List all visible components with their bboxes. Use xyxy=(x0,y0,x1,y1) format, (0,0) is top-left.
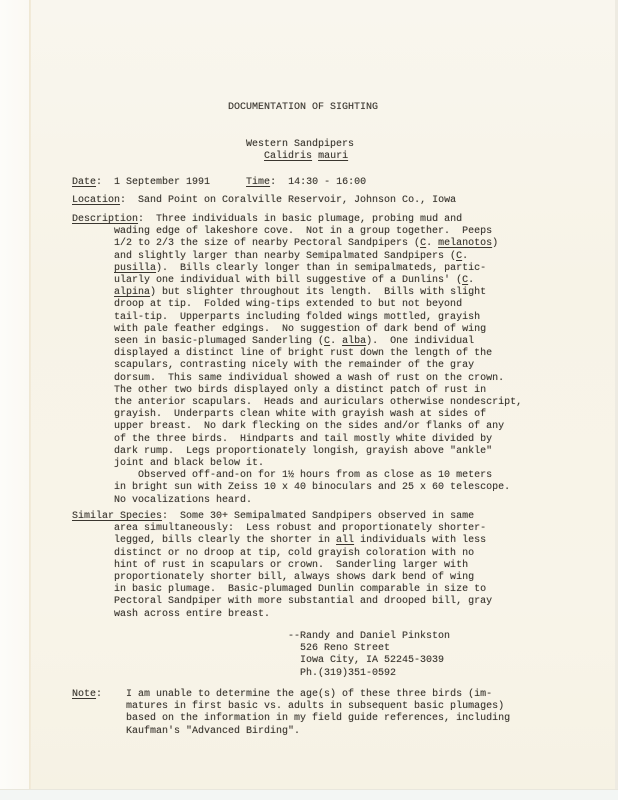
text-segment: proportionately shorter bill, always sho… xyxy=(72,572,474,583)
text-segment: Observed off-and-on for 1½ hours from as… xyxy=(72,470,492,481)
doc-line: --Randy and Daniel Pinkston xyxy=(72,631,450,643)
text-segment: with pale feather edgings. No suggestion… xyxy=(72,324,486,335)
doc-line: pusilla). Bills clearly longer than in s… xyxy=(72,263,522,275)
text-segment: : Sand Point on Coralville Reservoir, Jo… xyxy=(120,195,456,206)
text-segment: No vocalizations heard. xyxy=(72,495,252,506)
doc-section-description: Description: Three individuals in basic … xyxy=(72,214,522,507)
doc-line: Location: Sand Point on Coralville Reser… xyxy=(72,195,456,207)
doc-line: scapulars, contrasting nicely with the r… xyxy=(72,360,522,372)
doc-line: tail-tip. Upperparts including folded wi… xyxy=(72,312,522,324)
doc-subtitle-species: Western Sandpipers Calidris mauri xyxy=(72,139,354,163)
text-segment: : 1 September 1991 xyxy=(96,177,246,188)
text-segment: matures in first basic vs. adults in sub… xyxy=(72,701,504,712)
text-segment: droop at tip. Folded wing-tips extended … xyxy=(72,299,462,310)
doc-line: Kaufman's "Advanced Birding". xyxy=(72,726,510,738)
doc-line: Iowa City, IA 52245-3039 xyxy=(72,655,450,667)
text-segment: The other two birds displayed only a dis… xyxy=(72,385,486,396)
text-segment xyxy=(72,263,114,274)
doc-line: grayish. Underparts clean white with gra… xyxy=(72,409,522,421)
underlined-text: alpina xyxy=(114,287,150,298)
text-segment: area simultaneously: Less robust and pro… xyxy=(72,523,486,534)
text-segment xyxy=(72,287,114,298)
doc-line: Description: Three individuals in basic … xyxy=(72,214,522,226)
underlined-text: pusilla xyxy=(114,263,156,274)
text-segment: of the three birds. Hindparts and tail m… xyxy=(72,434,492,445)
text-segment: ularly one individual with bill suggesti… xyxy=(72,275,462,286)
doc-line: proportionately shorter bill, always sho… xyxy=(72,572,492,584)
doc-line: dark rump. Legs proportionately longish,… xyxy=(72,446,522,458)
underlined-text: all xyxy=(336,535,354,546)
doc-line: of the three birds. Hindparts and tail m… xyxy=(72,434,522,446)
text-segment: ). Bills clearly longer than in semipalm… xyxy=(156,263,486,274)
doc-line: seen in basic-plumaged Sanderling (C. al… xyxy=(72,336,522,348)
doc-line: ularly one individual with bill suggesti… xyxy=(72,275,522,287)
doc-line: 1/2 to 2/3 the size of nearby Pectoral S… xyxy=(72,238,522,250)
doc-line: Date: 1 September 1991 Time: 14:30 - 16:… xyxy=(72,177,366,189)
text-segment: scapulars, contrasting nicely with the r… xyxy=(72,360,474,371)
doc-line: in basic plumage. Basic-plumaged Dunlin … xyxy=(72,584,492,596)
doc-line: dorsum. This same individual showed a wa… xyxy=(72,373,522,385)
text-segment: joint and black below it. xyxy=(72,458,264,469)
text-segment: hint of rust in scapulars or crown. Sand… xyxy=(72,560,468,571)
doc-line: area simultaneously: Less robust and pro… xyxy=(72,523,492,535)
text-segment: distinct or no droop at tip, cold grayis… xyxy=(72,548,474,559)
doc-line: droop at tip. Folded wing-tips extended … xyxy=(72,299,522,311)
text-segment: . xyxy=(426,238,438,249)
text-segment: 1/2 to 2/3 the size of nearby Pectoral S… xyxy=(72,238,420,249)
text-segment: ) but slighter throughout its length. Bi… xyxy=(150,287,486,298)
underlined-text: Description xyxy=(72,214,138,225)
doc-location-line: Location: Sand Point on Coralville Reser… xyxy=(72,195,456,207)
text-segment: ). One individual xyxy=(366,336,474,347)
text-segment: Iowa City, IA 52245-3039 xyxy=(72,655,444,666)
doc-line: with pale feather edgings. No suggestion… xyxy=(72,324,522,336)
doc-line: Observed off-and-on for 1½ hours from as… xyxy=(72,470,522,482)
doc-line: joint and black below it. xyxy=(72,458,522,470)
doc-line: Pectoral Sandpiper with more substantial… xyxy=(72,596,492,608)
underlined-text: Similar Species xyxy=(72,511,162,522)
underlined-text: Calidris xyxy=(264,151,312,162)
paper-crease-line xyxy=(29,0,31,800)
text-segment: Western Sandpipers xyxy=(72,139,354,150)
doc-line: Western Sandpipers xyxy=(72,139,354,151)
text-segment xyxy=(72,151,264,162)
doc-signature-block: --Randy and Daniel Pinkston 526 Reno Str… xyxy=(72,631,450,680)
doc-line: Note: I am unable to determine the age(s… xyxy=(72,689,510,701)
text-segment: the anterior scapulars. Heads and auricu… xyxy=(72,397,522,408)
text-segment: legged, bills clearly the shorter in xyxy=(72,535,336,546)
text-segment: grayish. Underparts clean white with gra… xyxy=(72,409,486,420)
doc-line: wading edge of lakeshore cove. Not in a … xyxy=(72,226,522,238)
paper-left-edge xyxy=(0,0,29,800)
underlined-text: mauri xyxy=(318,151,348,162)
underlined-text: Note xyxy=(72,689,96,700)
underlined-text: Location xyxy=(72,195,120,206)
text-segment: dorsum. This same individual showed a wa… xyxy=(72,373,504,384)
doc-line: DOCUMENTATION OF SIGHTING xyxy=(72,102,378,114)
text-segment: DOCUMENTATION OF SIGHTING xyxy=(72,102,378,113)
underlined-text: Time xyxy=(246,177,270,188)
doc-line: 526 Reno Street xyxy=(72,643,450,655)
text-segment: : Three individuals in basic plumage, pr… xyxy=(138,214,462,225)
text-segment: upper breast. No dark flecking on the si… xyxy=(72,421,504,432)
text-segment: wash across entire breast. xyxy=(72,609,270,620)
doc-line: the anterior scapulars. Heads and auricu… xyxy=(72,397,522,409)
underlined-text: alba xyxy=(342,336,366,347)
text-segment: ) xyxy=(492,238,498,249)
text-segment: . xyxy=(330,336,342,347)
text-segment: dark rump. Legs proportionately longish,… xyxy=(72,446,492,457)
scanned-document-page: DOCUMENTATION OF SIGHTING Western Sandpi… xyxy=(0,0,618,800)
doc-title: DOCUMENTATION OF SIGHTING xyxy=(72,102,378,114)
text-segment: . xyxy=(468,275,474,286)
text-segment: Ph.(319)351-0592 xyxy=(72,668,396,679)
text-segment: : Some 30+ Semipalmated Sandpipers obser… xyxy=(162,511,474,522)
doc-date-time-line: Date: 1 September 1991 Time: 14:30 - 16:… xyxy=(72,177,366,189)
doc-line: hint of rust in scapulars or crown. Sand… xyxy=(72,560,492,572)
doc-section-note: Note: I am unable to determine the age(s… xyxy=(72,689,510,738)
underlined-text: melanotos xyxy=(438,238,492,249)
text-segment: individuals with less xyxy=(354,535,486,546)
doc-line: Calidris mauri xyxy=(72,151,354,163)
text-segment: Kaufman's "Advanced Birding". xyxy=(72,726,300,737)
underlined-text: Date xyxy=(72,177,96,188)
text-segment: in bright sun with Zeiss 10 x 40 binocul… xyxy=(72,482,510,493)
text-segment: and slightly larger than nearby Semipalm… xyxy=(72,251,456,262)
doc-line: No vocalizations heard. xyxy=(72,495,522,507)
text-segment: : 14:30 - 16:00 xyxy=(270,177,366,188)
text-segment: wading edge of lakeshore cove. Not in a … xyxy=(72,226,492,237)
text-segment: displayed a distinct line of bright rust… xyxy=(72,348,492,359)
doc-line: wash across entire breast. xyxy=(72,609,492,621)
doc-line: based on the information in my field gui… xyxy=(72,713,510,725)
doc-line: legged, bills clearly the shorter in all… xyxy=(72,535,492,547)
text-segment: tail-tip. Upperparts including folded wi… xyxy=(72,312,480,323)
doc-line: displayed a distinct line of bright rust… xyxy=(72,348,522,360)
doc-line: matures in first basic vs. adults in sub… xyxy=(72,701,510,713)
text-segment: based on the information in my field gui… xyxy=(72,713,510,724)
doc-line: Similar Species: Some 30+ Semipalmated S… xyxy=(72,511,492,523)
text-segment: Pectoral Sandpiper with more substantial… xyxy=(72,596,492,607)
text-segment: in basic plumage. Basic-plumaged Dunlin … xyxy=(72,584,486,595)
doc-line: distinct or no droop at tip, cold grayis… xyxy=(72,548,492,560)
doc-line: The other two birds displayed only a dis… xyxy=(72,385,522,397)
doc-line: Ph.(319)351-0592 xyxy=(72,668,450,680)
text-segment: seen in basic-plumaged Sanderling ( xyxy=(72,336,324,347)
text-segment: --Randy and Daniel Pinkston xyxy=(72,631,450,642)
doc-line: upper breast. No dark flecking on the si… xyxy=(72,421,522,433)
doc-line: and slightly larger than nearby Semipalm… xyxy=(72,251,522,263)
scan-bottom-edge xyxy=(0,789,618,800)
text-segment: : I am unable to determine the age(s) of… xyxy=(96,689,492,700)
doc-line: alpina) but slighter throughout its leng… xyxy=(72,287,522,299)
doc-section-similar-species: Similar Species: Some 30+ Semipalmated S… xyxy=(72,511,492,621)
doc-line: in bright sun with Zeiss 10 x 40 binocul… xyxy=(72,482,522,494)
text-segment: 526 Reno Street xyxy=(72,643,390,654)
text-segment: . xyxy=(462,251,468,262)
